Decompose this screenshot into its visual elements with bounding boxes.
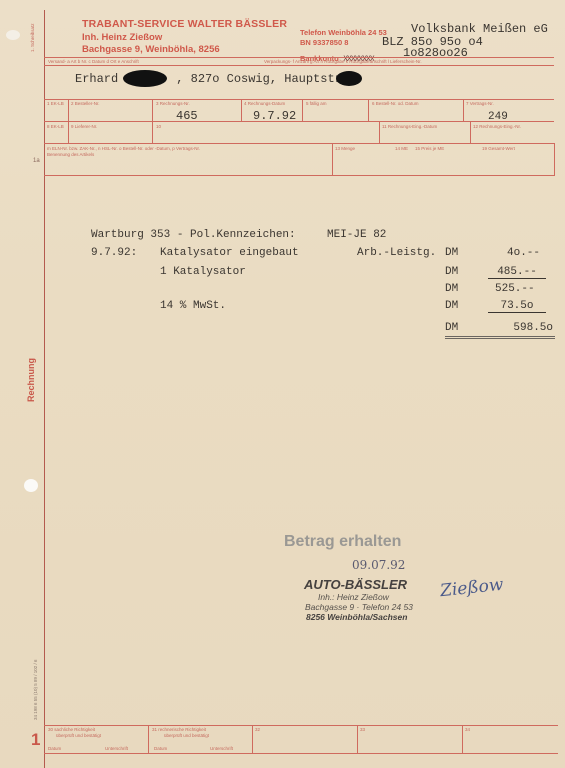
recipient-first-name: Erhard: [75, 72, 118, 86]
rule-bottom-bottom: [44, 753, 558, 754]
stamp-received: Betrag erhalten: [284, 533, 401, 551]
copy-number: 1: [31, 730, 40, 750]
vehicle-line: Wartburg 353 - Pol.Kennzeichen:: [91, 229, 296, 241]
label-f3: 3 Rechnungs-Nr.: [156, 101, 190, 106]
rule-bottom-top: [44, 725, 558, 726]
label-f30-1: 30 sachliche Richtigkeit: [48, 727, 95, 732]
stamp-address: Bachgasse 9 · Telefon 24 53: [305, 602, 413, 612]
rule-shipping-bottom: [44, 65, 554, 66]
currency-vat: DM: [445, 300, 458, 312]
label-f34: 34: [465, 727, 470, 732]
invoice-number: 465: [176, 109, 198, 123]
redaction-surname: [123, 70, 167, 87]
amount-total: 598.5o: [445, 322, 555, 339]
label-f6: 6 Bestell-Nr. od. Datum: [372, 101, 419, 106]
copy-marker: 1a: [33, 158, 40, 164]
label-f12: 12 Rechnungs-Eing.-Nr.: [473, 124, 521, 129]
label-f2: 2 Besteller-Nr.: [71, 101, 100, 106]
margin-line: [44, 10, 45, 768]
recipient-address: , 827o Coswig, Hauptstr.: [176, 72, 349, 86]
stamp-city: 8256 Weinböhla/Sachsen: [306, 612, 407, 622]
rule-grid-mid: [44, 121, 554, 122]
label-f5: 5 fällig am: [306, 101, 327, 106]
vehicle-plate: MEI-JE 82: [327, 229, 386, 241]
signature: Zießow: [439, 575, 504, 602]
sender-bn: BN 9337850 8: [300, 38, 348, 47]
shipping-label-left: Versand- a Art b Nr. c Datum d Ort e Ans…: [48, 59, 139, 64]
grid-sep: [252, 725, 253, 753]
grid-sep: [332, 143, 333, 175]
invoice-paper: 1. Schreibsatz 1a Rechnung 34 198 6 55 (…: [0, 0, 565, 768]
label-article-2: Benennung des Artikels: [47, 152, 94, 157]
labor-label: Arb.-Leistg.: [357, 247, 436, 259]
amount-labor: 4o.--: [507, 247, 540, 259]
redaction-house-number: [336, 71, 362, 86]
rule-grid-bottom: [44, 143, 554, 144]
form-title-side: Rechnung: [26, 358, 36, 402]
label-f14: 14 ME: [395, 146, 408, 151]
stamp-owner: Inh.: Heinz Zießow: [318, 592, 389, 602]
label-article-1: m ELN-Nr. bzw. ZAK-Nr., n HSL-Nr. o Best…: [47, 146, 200, 151]
shipping-label-right: Verpackungs- f Anzahl g Art h Rückgabe k…: [264, 59, 422, 64]
rule-shipping-top: [44, 57, 554, 58]
amount-part: 485.--: [488, 266, 546, 279]
grid-sep: [302, 99, 303, 121]
label-f31-1: 31 rechnerische Richtigkeit: [152, 727, 206, 732]
rule-grid-top: [44, 99, 554, 100]
stamp-company: AUTO-BÄSSLER: [304, 577, 407, 592]
grid-sep: [357, 725, 358, 753]
label-f4: 4 Rechnungs-Datum: [244, 101, 285, 106]
label-f30-sign: Unterschrift: [105, 746, 128, 751]
currency-part: DM: [445, 266, 458, 278]
label-f31-date: Datum: [154, 746, 167, 751]
label-f31-sign: Unterschrift: [210, 746, 233, 751]
sender-owner: Inh. Heinz Zießow: [82, 32, 162, 43]
vat-line: 14 % MwSt.: [160, 300, 226, 312]
grid-sep: [470, 121, 471, 143]
punch-hole-bottom: [24, 479, 38, 492]
label-f32: 32: [255, 727, 260, 732]
label-f10: 10: [156, 124, 161, 129]
label-f19: 19 Gesamt-Wert: [482, 146, 515, 151]
label-f30-2: überprüft und bestätigt: [56, 733, 101, 738]
amount-vat: 73.5o: [488, 300, 546, 313]
invoice-date: 9.7.92: [253, 109, 296, 123]
label-f1: 1 EK-LB: [47, 101, 64, 106]
punch-hole-top: [6, 30, 20, 40]
label-f13: 13 Menge: [335, 146, 355, 151]
label-f33: 33: [360, 727, 365, 732]
grid-sep: [68, 99, 69, 143]
label-f7: 7 Vertrags-Nr.: [466, 101, 494, 106]
sender-phone: Telefon Weinböhla 24 53: [300, 28, 387, 37]
sender-company: TRABANT-SERVICE WALTER BÄSSLER: [82, 18, 287, 30]
service-description: Katalysator eingebaut: [160, 247, 299, 259]
form-code-side: 34 198 6 55 (10) 5 89 / 102 / 6: [33, 659, 38, 720]
part-line: 1 Katalysator: [160, 266, 246, 278]
grid-sep: [152, 99, 153, 143]
stamp-date: 09.07.92: [352, 558, 405, 572]
amount-subtotal: 525.--: [495, 283, 535, 295]
grid-sep: [368, 99, 369, 121]
recipient-line: Erhard, 827o Coswig, Hauptstr.: [75, 72, 349, 86]
grid-sep: [463, 99, 464, 121]
grid-sep: [241, 99, 242, 121]
grid-sep: [462, 725, 463, 753]
currency-labor: DM: [445, 247, 458, 259]
label-f15: 15 Preis je ME: [415, 146, 444, 151]
contract-number: 249: [488, 111, 508, 123]
label-f8: 8 EK-LB: [47, 124, 64, 129]
grid-sep: [148, 725, 149, 753]
sender-address: Bachgasse 9, Weinböhla, 8256: [82, 44, 220, 55]
currency-subtotal: DM: [445, 283, 458, 295]
rule-article-box-right: [554, 143, 555, 176]
grid-sep: [379, 121, 380, 143]
bank-name: Volksbank Meißen eG: [411, 22, 548, 36]
label-f9: 9 Lieferer-Nr.: [71, 124, 97, 129]
copy-label-side: 1. Schreibsatz: [30, 23, 35, 52]
label-f31-2: überprüft und bestätigt: [164, 733, 209, 738]
label-f11: 11 Rechnungs-Eing.-Datum: [382, 124, 437, 129]
label-f30-date: Datum: [48, 746, 61, 751]
service-date: 9.7.92:: [91, 247, 137, 259]
rule-article-bottom: [44, 175, 554, 176]
